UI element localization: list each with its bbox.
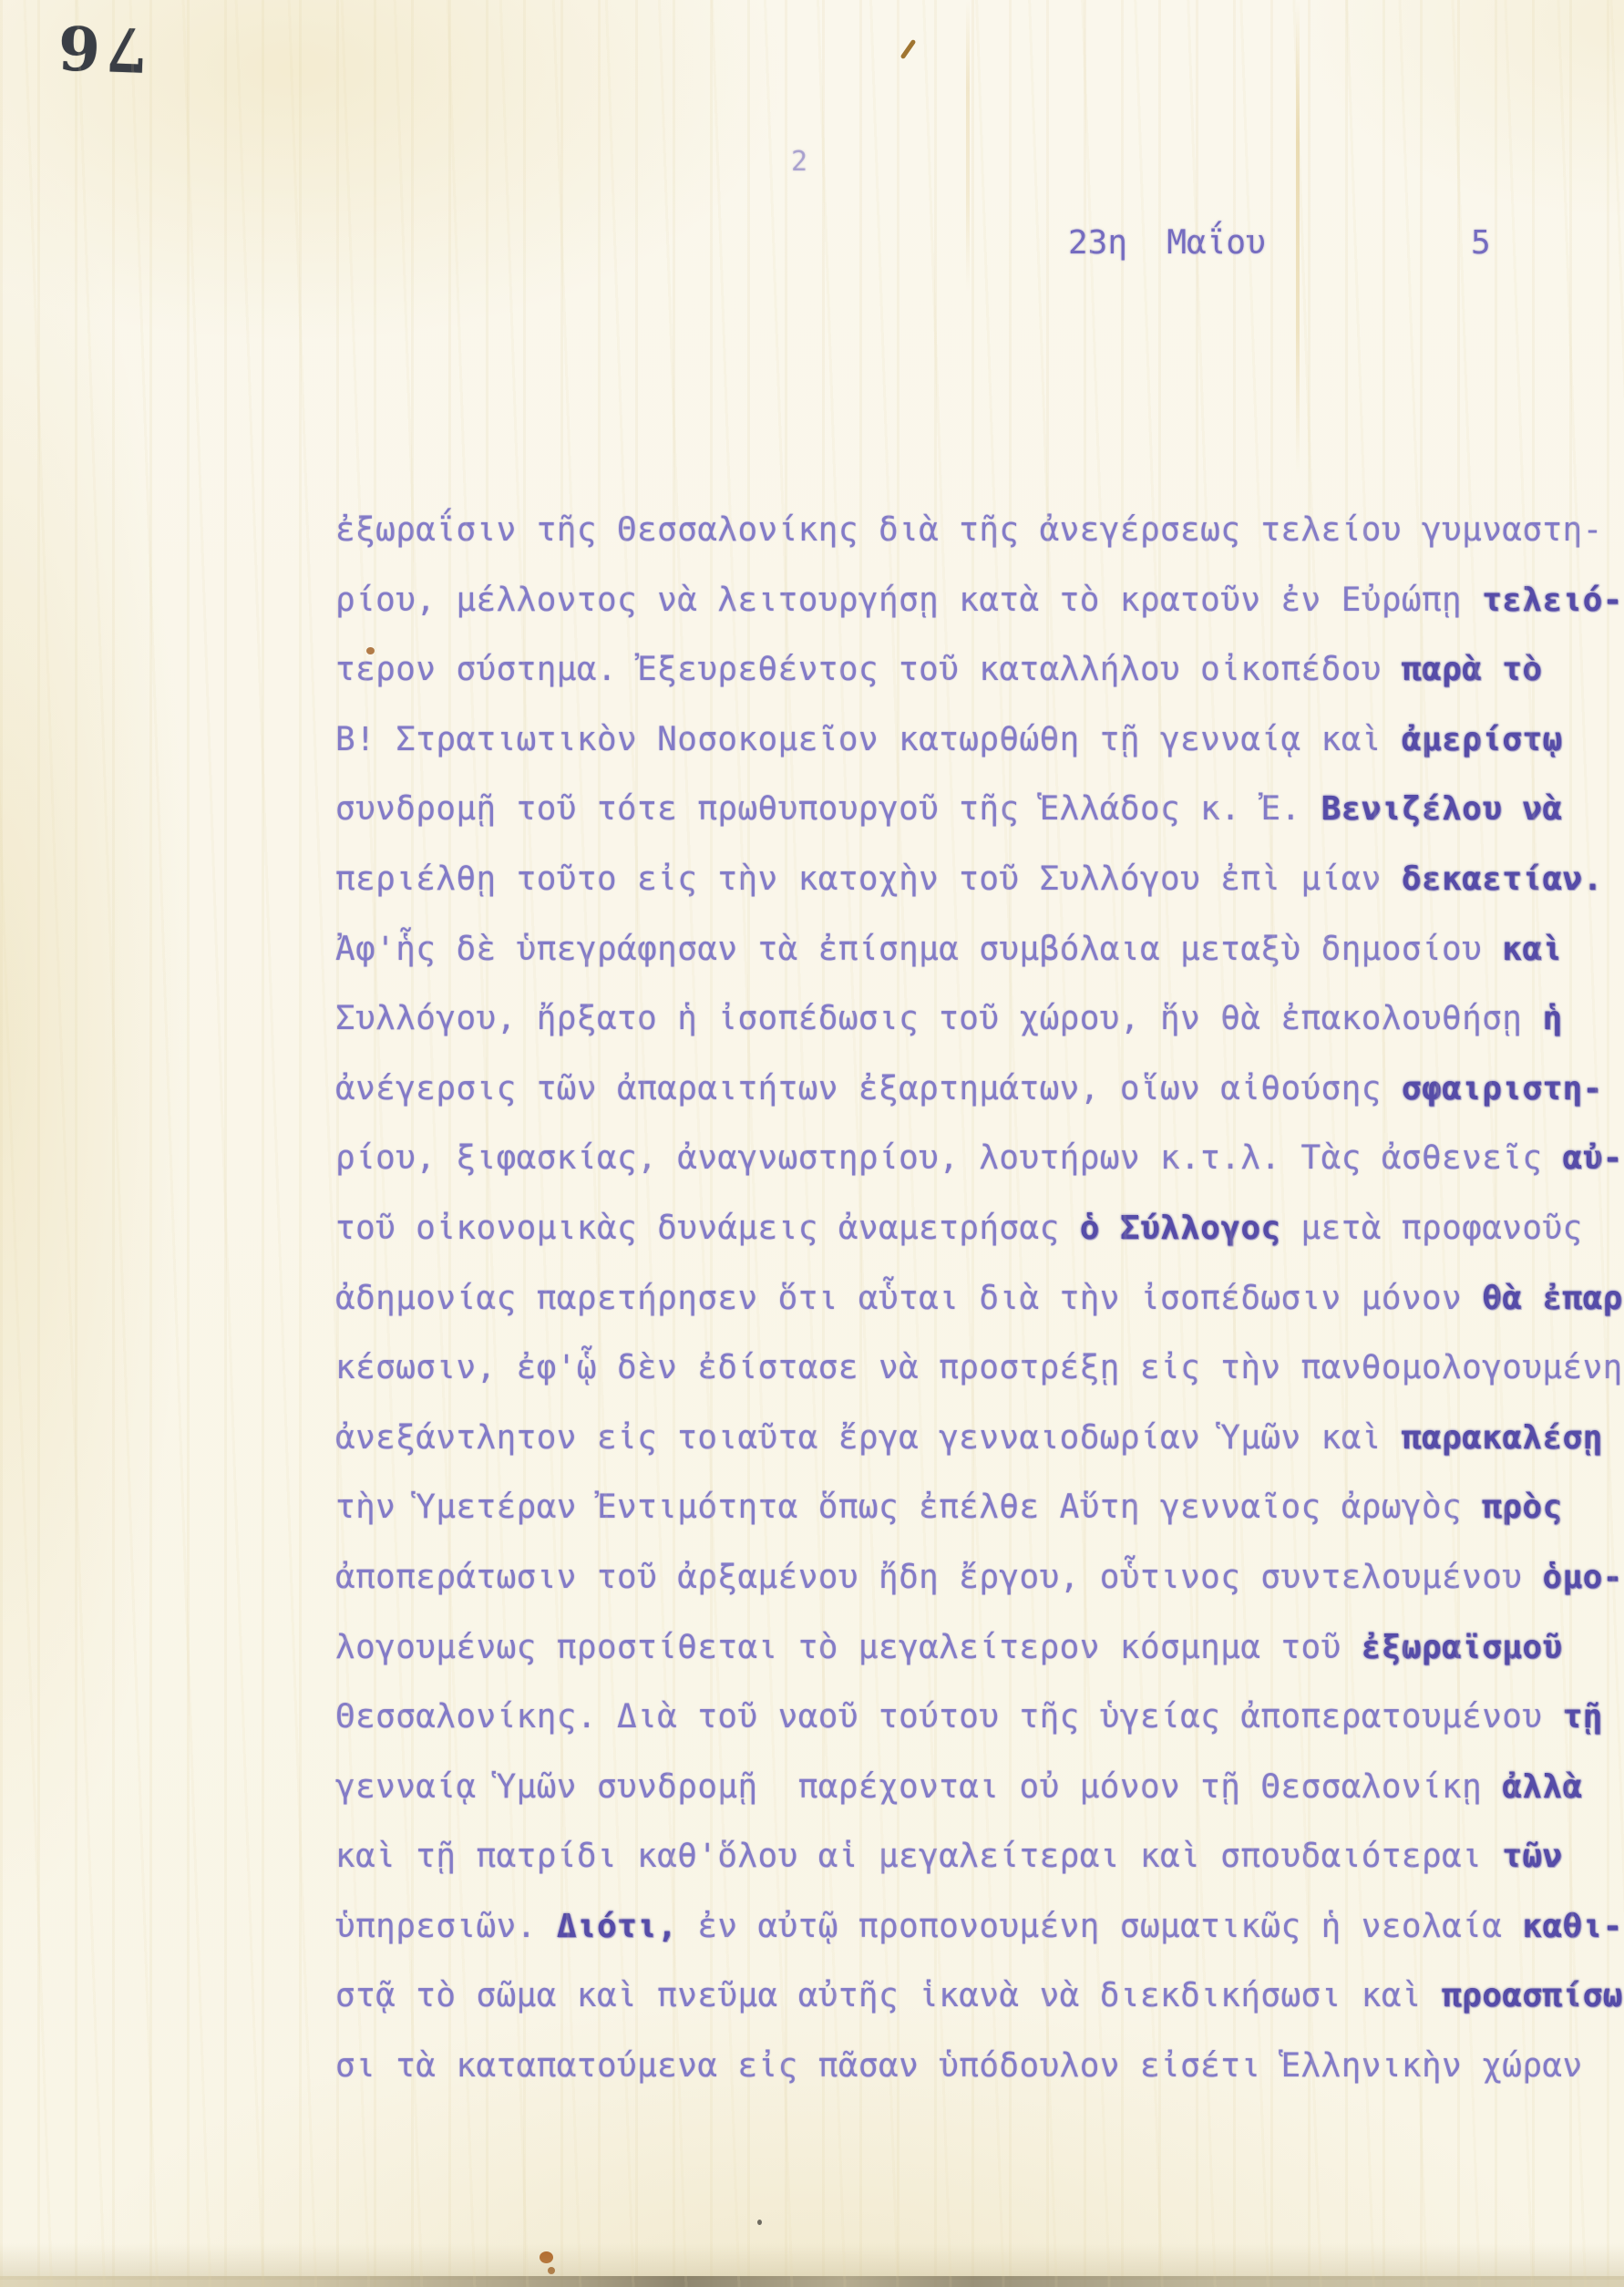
document-page: 76 2 23η Μαΐου 5 ἐξωραΐσιν τῆς Θεσσαλονί… — [0, 0, 1624, 2287]
paper-bottom-edge — [0, 2276, 1624, 2287]
overinked-text: αὐ- — [1563, 1139, 1623, 1177]
overinked-text: σφαιριστη- — [1402, 1070, 1603, 1107]
overinked-text: τῇ — [1563, 1698, 1603, 1736]
paper-stain-streak — [966, 0, 970, 292]
ink-slash-mark — [900, 39, 917, 60]
overinked-text: παρὰ τὸ — [1402, 651, 1543, 688]
typed-text: Συλλόγου, ἤρξατο ἡ ἰσοπέδωσις τοῦ χώρου,… — [335, 1000, 1542, 1037]
typed-text: ἀνέγερσις τῶν ἀπαραιτήτων ἐξαρτημάτων, ο… — [335, 1070, 1402, 1107]
date-heading: 23η Μαΐου — [1068, 224, 1266, 262]
typed-text: μετὰ προφανοῦς — [1280, 1210, 1582, 1247]
overinked-text: καὶ — [1502, 931, 1562, 968]
dirt-speck — [757, 2220, 762, 2225]
text-line: ὑπηρεσιῶν. Διότι, ἐν αὐτῷ προπονουμένη σ… — [335, 1892, 1611, 1962]
text-line: συνδρομῇ τοῦ τότε πρωθυπουργοῦ τῆς Ἑλλάδ… — [335, 775, 1611, 845]
typed-text: συνδρομῇ τοῦ τότε πρωθυπουργοῦ τῆς Ἑλλάδ… — [335, 790, 1321, 828]
text-line: λογουμένως προστίθεται τὸ μεγαλείτερον κ… — [335, 1613, 1611, 1684]
typed-text: τοῦ οἰκονομικὰς δυνάμεις ἀναμετρήσας — [335, 1210, 1080, 1247]
overinked-text: καθι- — [1522, 1908, 1622, 1945]
typed-text: καὶ τῇ πατρίδι καθ'ὅλου αἱ μεγαλείτεραι … — [335, 1838, 1502, 1875]
text-line: ἀνεξάντλητον εἰς τοιαῦτα ἔργα γενναιοδωρ… — [335, 1404, 1611, 1474]
typed-text: σι τὰ καταπατούμενα εἰς πᾶσαν ὑπόδουλον … — [335, 2047, 1583, 2085]
typed-text: Ἀφ'ἧς δὲ ὑπεγράφησαν τὰ ἐπίσημα συμβόλαι… — [335, 931, 1502, 968]
handwritten-page-number: 76 — [52, 11, 149, 86]
overinked-text: παρακαλέσῃ — [1402, 1419, 1603, 1457]
typed-text: ἀποπεράτωσιν τοῦ ἀρξαμένου ἤδη ἔργου, οὗ… — [335, 1559, 1542, 1596]
typed-text: τὴν Ὑμετέραν Ἐντιμότητα ὅπως ἐπέλθε Αὕτη… — [335, 1489, 1482, 1526]
typed-text: στᾷ τὸ σῶμα καὶ πνεῦμα αὐτῆς ἱκανὰ νὰ δι… — [335, 1977, 1442, 2014]
overinked-text: πρὸς — [1482, 1489, 1562, 1526]
overinked-text: Βενιζέλου νὰ — [1321, 790, 1563, 828]
overinked-text: θὰ ἐπαρ — [1482, 1280, 1623, 1317]
typed-text: περιέλθῃ τοῦτο εἰς τὴν κατοχὴν τοῦ Συλλό… — [335, 860, 1402, 898]
typed-text: ρίου, ξιφασκίας, ἀναγνωστηρίου, λουτήρων… — [335, 1139, 1563, 1177]
overinked-text: ἀλλὰ — [1502, 1768, 1582, 1806]
typed-text: τερον σύστημα. Ἐξευρεθέντος τοῦ καταλλήλ… — [335, 651, 1402, 688]
overinked-text: ἡ — [1542, 1000, 1562, 1037]
text-line: ἐξωραΐσιν τῆς Θεσσαλονίκης διὰ τῆς ἀνεγέ… — [335, 496, 1611, 566]
overinked-text: τῶν — [1502, 1838, 1562, 1875]
overinked-text: Διότι, — [557, 1908, 677, 1945]
typed-text: ρίου, μέλλοντος νὰ λειτουργήσῃ κατὰ τὸ κ… — [335, 582, 1482, 619]
faint-page-number: 2 — [791, 146, 807, 178]
typed-text: ἀδημονίας παρετήρησεν ὅτι αὗται διὰ τὴν … — [335, 1280, 1482, 1317]
text-line: ρίου, ξιφασκίας, ἀναγνωστηρίου, λουτήρων… — [335, 1124, 1611, 1194]
text-line: κέσωσιν, ἐφ'ᾧ δὲν ἐδίστασε νὰ προστρέξῃ … — [335, 1334, 1611, 1404]
typed-text: ἐξωραΐσιν τῆς Θεσσαλονίκης διὰ τῆς ἀνεγέ… — [335, 511, 1603, 549]
text-line: ἀνέγερσις τῶν ἀπαραιτήτων ἐξαρτημάτων, ο… — [335, 1055, 1611, 1125]
text-line: τοῦ οἰκονομικὰς δυνάμεις ἀναμετρήσας ὁ Σ… — [335, 1194, 1611, 1264]
page-number: 5 — [1471, 224, 1491, 262]
overinked-text: δεκαετίαν. — [1402, 860, 1603, 898]
typed-text: ἐν αὐτῷ προπονουμένη σωματικῶς ἡ νεολαία — [677, 1908, 1522, 1945]
overinked-text: ἀμερίστῳ — [1402, 721, 1563, 758]
paper-edge-shading — [0, 2243, 1624, 2280]
text-line: ἀποπεράτωσιν τοῦ ἀρξαμένου ἤδη ἔργου, οὗ… — [335, 1543, 1611, 1613]
typed-text: ὑπηρεσιῶν. — [335, 1908, 557, 1945]
overinked-text: τελειό- — [1482, 582, 1623, 619]
text-line: Θεσσαλονίκης. Διὰ τοῦ ναοῦ τούτου τῆς ὑγ… — [335, 1683, 1611, 1753]
overinked-text: προασπίσω — [1442, 1977, 1623, 2014]
paper-stain-streak — [1296, 0, 1300, 474]
typed-text: Β! Στρατιωτικὸν Νοσοκομεῖον κατωρθώθη τῇ… — [335, 721, 1402, 758]
text-line: περιέλθῃ τοῦτο εἰς τὴν κατοχὴν τοῦ Συλλό… — [335, 845, 1611, 915]
typed-text: Θεσσαλονίκης. Διὰ τοῦ ναοῦ τούτου τῆς ὑγ… — [335, 1698, 1563, 1736]
overinked-text: ἐξωραϊσμοῦ — [1362, 1629, 1563, 1666]
text-line: Συλλόγου, ἤρξατο ἡ ἰσοπέδωσις τοῦ χώρου,… — [335, 984, 1611, 1055]
typed-text: κέσωσιν, ἐφ'ᾧ δὲν ἐδίστασε νὰ προστρέξῃ … — [335, 1349, 1623, 1386]
typed-text: λογουμένως προστίθεται τὸ μεγαλείτερον κ… — [335, 1629, 1362, 1666]
text-line: τερον σύστημα. Ἐξευρεθέντος τοῦ καταλλήλ… — [335, 635, 1611, 706]
typed-text: ἀνεξάντλητον εἰς τοιαῦτα ἔργα γενναιοδωρ… — [335, 1419, 1402, 1457]
text-line: γενναίᾳ Ὑμῶν συνδρομῇ παρέχονται οὐ μόνο… — [335, 1753, 1611, 1823]
letter-body: ἐξωραΐσιν τῆς Θεσσαλονίκης διὰ τῆς ἀνεγέ… — [335, 496, 1611, 2102]
text-line: Ἀφ'ἧς δὲ ὑπεγράφησαν τὰ ἐπίσημα συμβόλαι… — [335, 915, 1611, 985]
overinked-text: ὁμο- — [1542, 1559, 1622, 1596]
text-line: τὴν Ὑμετέραν Ἐντιμότητα ὅπως ἐπέλθε Αὕτη… — [335, 1473, 1611, 1543]
text-line: καὶ τῇ πατρίδι καθ'ὅλου αἱ μεγαλείτεραι … — [335, 1822, 1611, 1892]
text-line: σι τὰ καταπατούμενα εἰς πᾶσαν ὑπόδουλον … — [335, 2032, 1611, 2102]
typed-text: γενναίᾳ Ὑμῶν συνδρομῇ παρέχονται οὐ μόνο… — [335, 1768, 1502, 1806]
text-line: Β! Στρατιωτικὸν Νοσοκομεῖον κατωρθώθη τῇ… — [335, 706, 1611, 776]
overinked-text: ὁ Σύλλογος — [1080, 1210, 1281, 1247]
rust-speck — [366, 647, 375, 654]
text-line: ρίου, μέλλοντος νὰ λειτουργήσῃ κατὰ τὸ κ… — [335, 566, 1611, 636]
text-line: ἀδημονίας παρετήρησεν ὅτι αὗται διὰ τὴν … — [335, 1264, 1611, 1334]
text-line: στᾷ τὸ σῶμα καὶ πνεῦμα αὐτῆς ἱκανὰ νὰ δι… — [335, 1962, 1611, 2032]
